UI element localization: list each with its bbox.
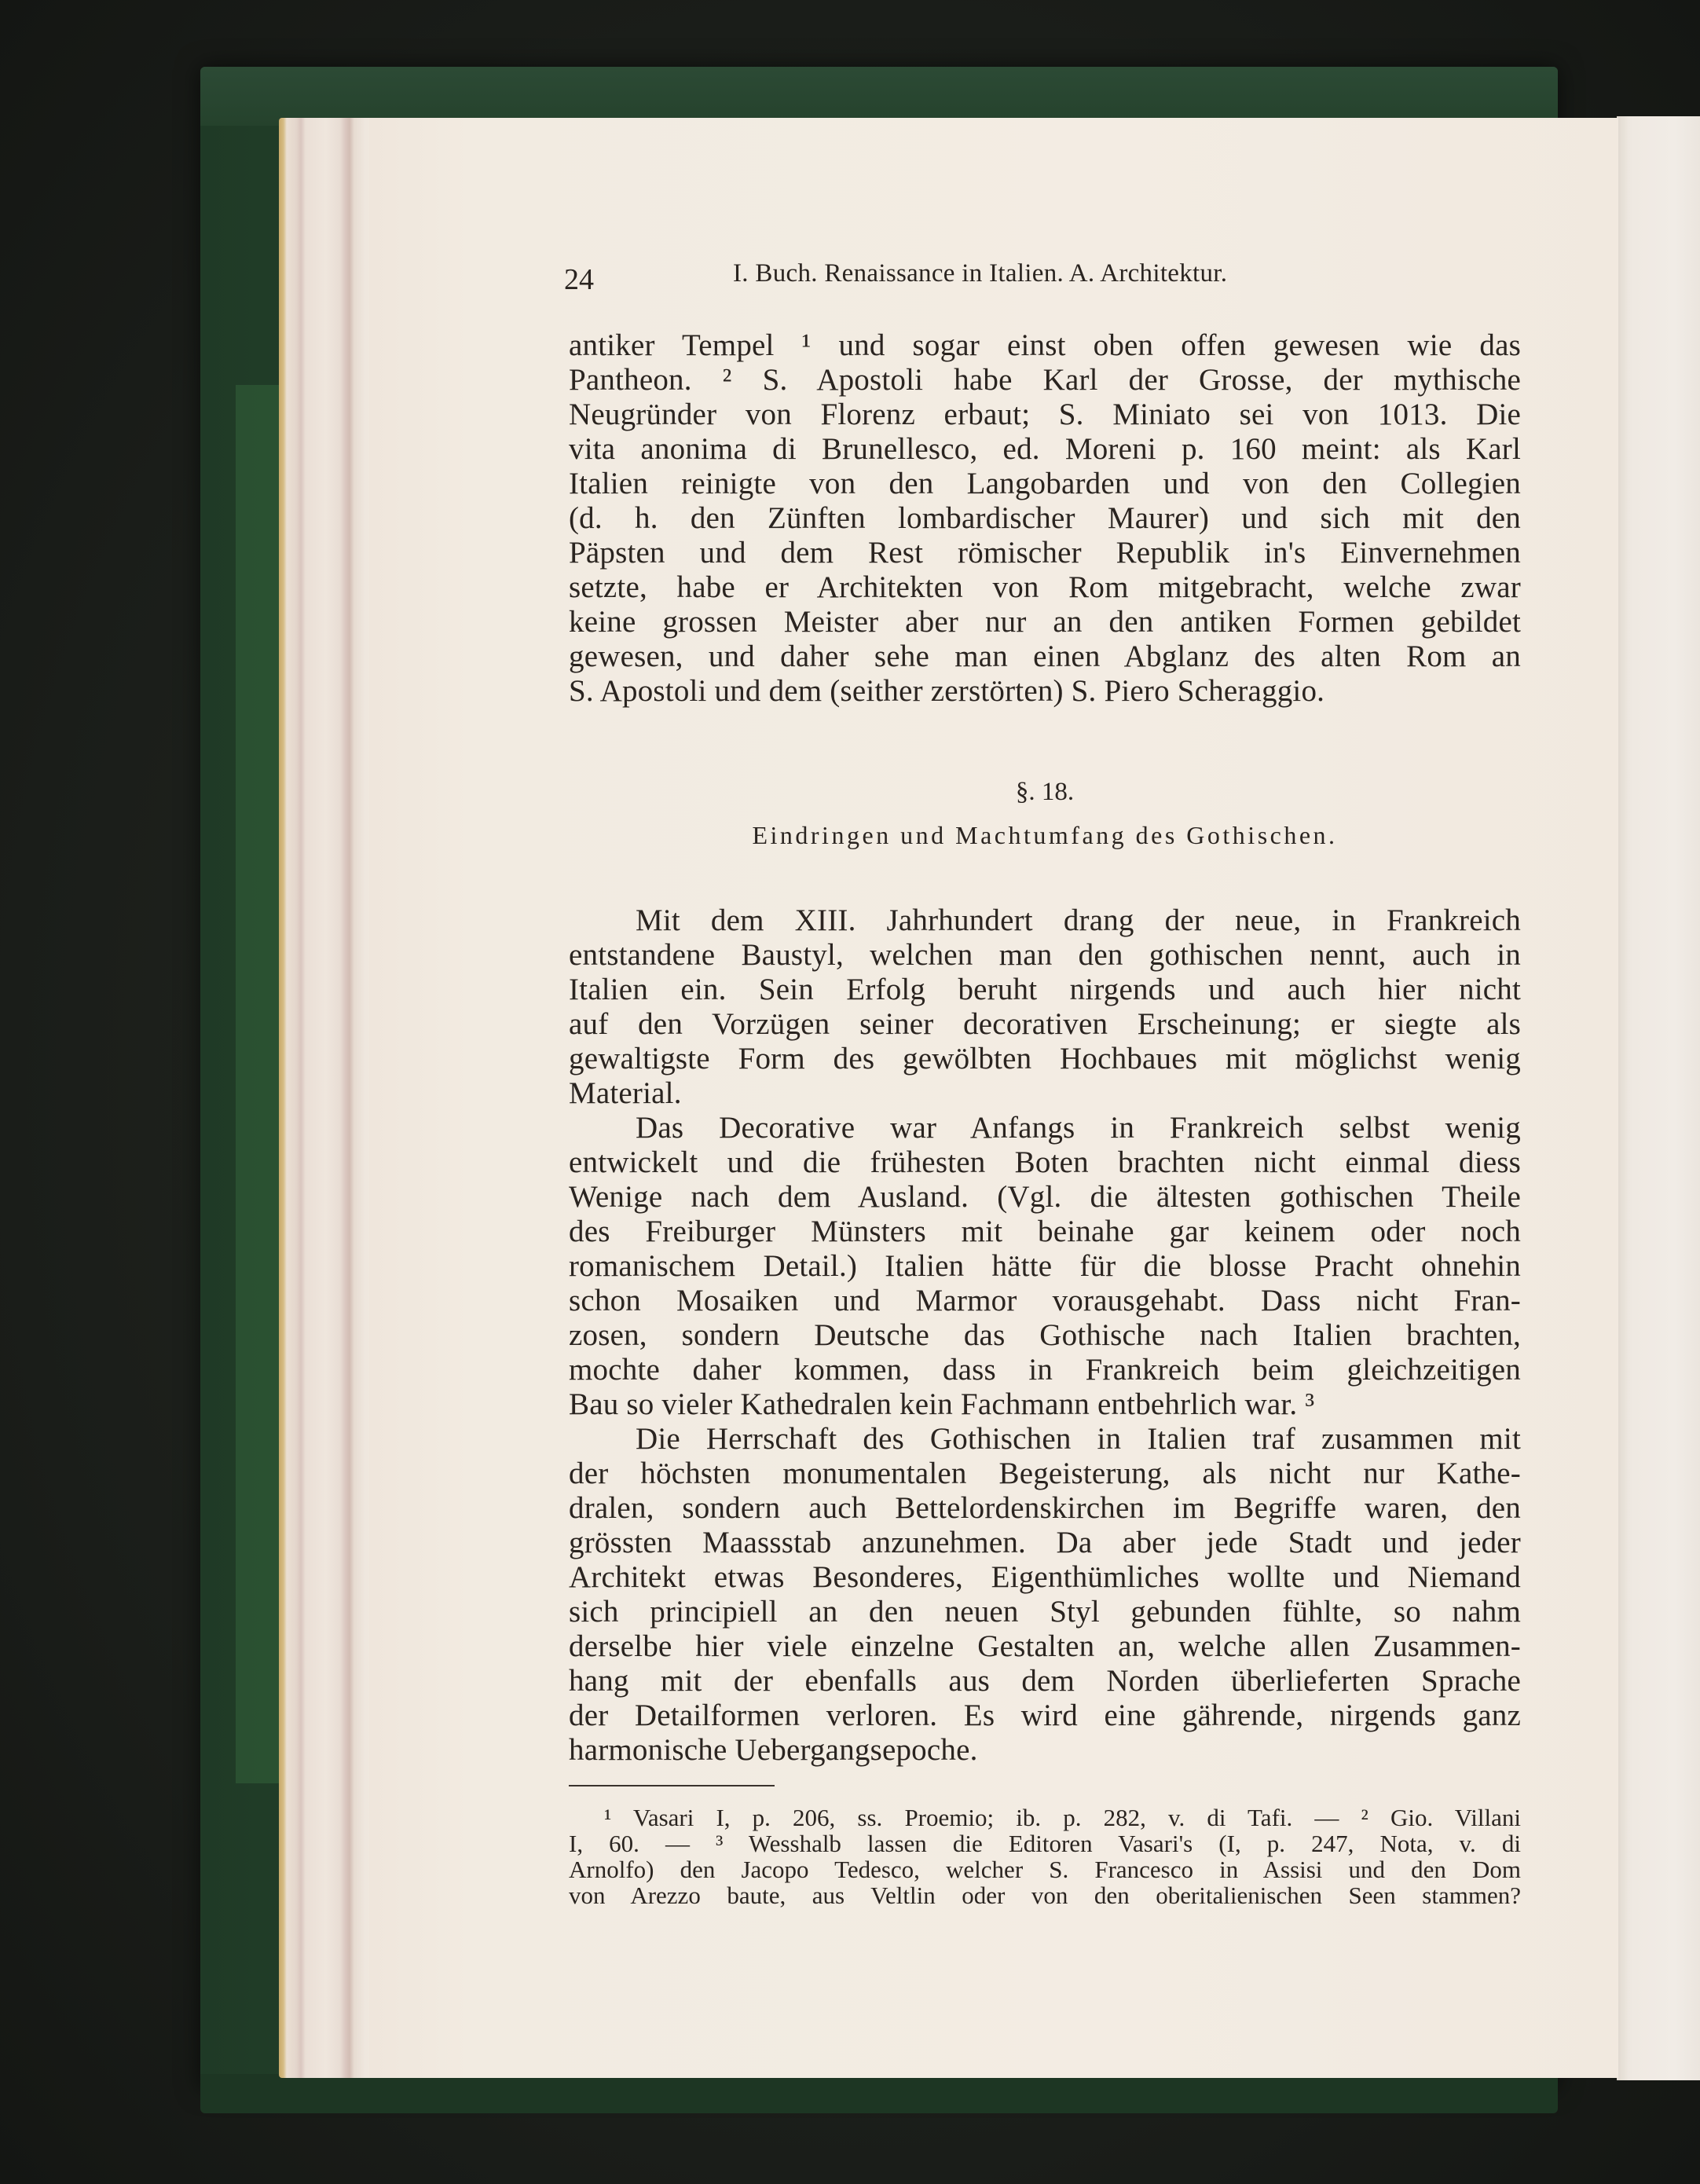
text-line: Pantheon. ² S. Apostoli habe Karl der Gr… [569, 363, 1521, 398]
text-line: antiker Tempel ¹ und sogar einst oben of… [569, 328, 1521, 363]
text-line: schon Mosaiken und Marmor vorausgehabt. … [569, 1284, 1521, 1318]
running-head-title: I. Buch. Renaissance in Italien. A. Arch… [733, 259, 1227, 288]
book-cover-top-edge [200, 67, 1558, 126]
text-line: Das Decorative war Anfangs in Frankreich… [569, 1111, 1521, 1145]
text-line: harmonische Uebergangsepoche. [569, 1733, 1521, 1768]
text-line: entstandene Baustyl, welchen man den got… [569, 938, 1521, 973]
text-line: zosen, sondern Deutsche das Gothische na… [569, 1318, 1521, 1353]
text-line: gewaltigste Form des gewölbten Hochbaues… [569, 1042, 1521, 1076]
book-cover-bottom-edge [200, 2074, 1558, 2113]
section-body: Mit dem XIII. Jahrhundert drang der neue… [569, 903, 1521, 1768]
footnote-line: ¹ Vasari I, p. 206, ss. Proemio; ib. p. … [569, 1805, 1521, 1830]
text-line: Die Herrschaft des Gothischen in Italien… [569, 1422, 1521, 1457]
text-line: Neugründer von Florenz erbaut; S. Miniat… [569, 398, 1521, 432]
text-line: (d. h. den Zünften lombardischer Maurer)… [569, 501, 1521, 536]
text-line: grössten Maassstab anzunehmen. Da aber j… [569, 1526, 1521, 1560]
text-line: setzte, habe er Architekten von Rom mitg… [569, 570, 1521, 605]
text-line: Architekt etwas Besonderes, Eigenthümlic… [569, 1560, 1521, 1595]
text-line: der höchsten monumentalen Begeisterung, … [569, 1457, 1521, 1491]
continued-paragraph: antiker Tempel ¹ und sogar einst oben of… [569, 328, 1521, 709]
text-line: Bau so vieler Kathedralen kein Fachmann … [569, 1387, 1521, 1422]
text-line: derselbe hier viele einzelne Gestalten a… [569, 1629, 1521, 1664]
footnote-line: Arnolfo) den Jacopo Tedesco, welcher S. … [569, 1856, 1521, 1882]
text-line: Mit dem XIII. Jahrhundert drang der neue… [569, 903, 1521, 938]
text-line: mochte daher kommen, dass in Frankreich … [569, 1353, 1521, 1387]
text-line: Material. [569, 1076, 1521, 1111]
footnote-line: von Arezzo baute, aus Veltlin oder von d… [569, 1882, 1521, 1908]
next-page-edge [1617, 116, 1700, 2080]
text-line: vita anonima di Brunellesco, ed. Moreni … [569, 432, 1521, 467]
running-head: 24 I. Buch. Renaissance in Italien. A. A… [564, 259, 1530, 299]
footnote-line: I, 60. — ³ Wesshalb lassen die Editoren … [569, 1830, 1521, 1856]
text-line: S. Apostoli und dem (seither zerstörten)… [569, 674, 1521, 709]
text-line: der Detailformen verloren. Es wird eine … [569, 1698, 1521, 1733]
text-line: Päpsten und dem Rest römischer Republik … [569, 536, 1521, 570]
text-line: Italien reinigte von den Langobarden und… [569, 467, 1521, 501]
page-gutter-shadow [1617, 116, 1628, 2080]
text-line: Wenige nach dem Ausland. (Vgl. die ältes… [569, 1180, 1521, 1215]
footnote-divider [569, 1785, 775, 1786]
text-line: Italien ein. Sein Erfolg beruht nirgends… [569, 973, 1521, 1007]
text-line: keine grossen Meister aber nur an den an… [569, 605, 1521, 639]
page-number: 24 [564, 262, 594, 297]
text-line: des Freiburger Münsters mit beinahe gar … [569, 1215, 1521, 1249]
section-title: Eindringen und Machtumfang des Gothische… [569, 821, 1521, 850]
text-line: gewesen, und daher sehe man einen Abglan… [569, 639, 1521, 674]
text-line: romanischem Detail.) Italien hätte für d… [569, 1249, 1521, 1284]
text-line: hang mit der ebenfalls aus dem Norden üb… [569, 1664, 1521, 1698]
section-number: §. 18. [569, 778, 1521, 807]
page-edge-stack [279, 118, 373, 2078]
text-line: entwickelt und die frühesten Boten brach… [569, 1145, 1521, 1180]
text-line: auf den Vorzügen seiner decorativen Ersc… [569, 1007, 1521, 1042]
footnotes: ¹ Vasari I, p. 206, ss. Proemio; ib. p. … [569, 1805, 1521, 1908]
text-line: dralen, sondern auch Bettelordenskirchen… [569, 1491, 1521, 1526]
text-line: sich principiell an den neuen Styl gebun… [569, 1595, 1521, 1629]
